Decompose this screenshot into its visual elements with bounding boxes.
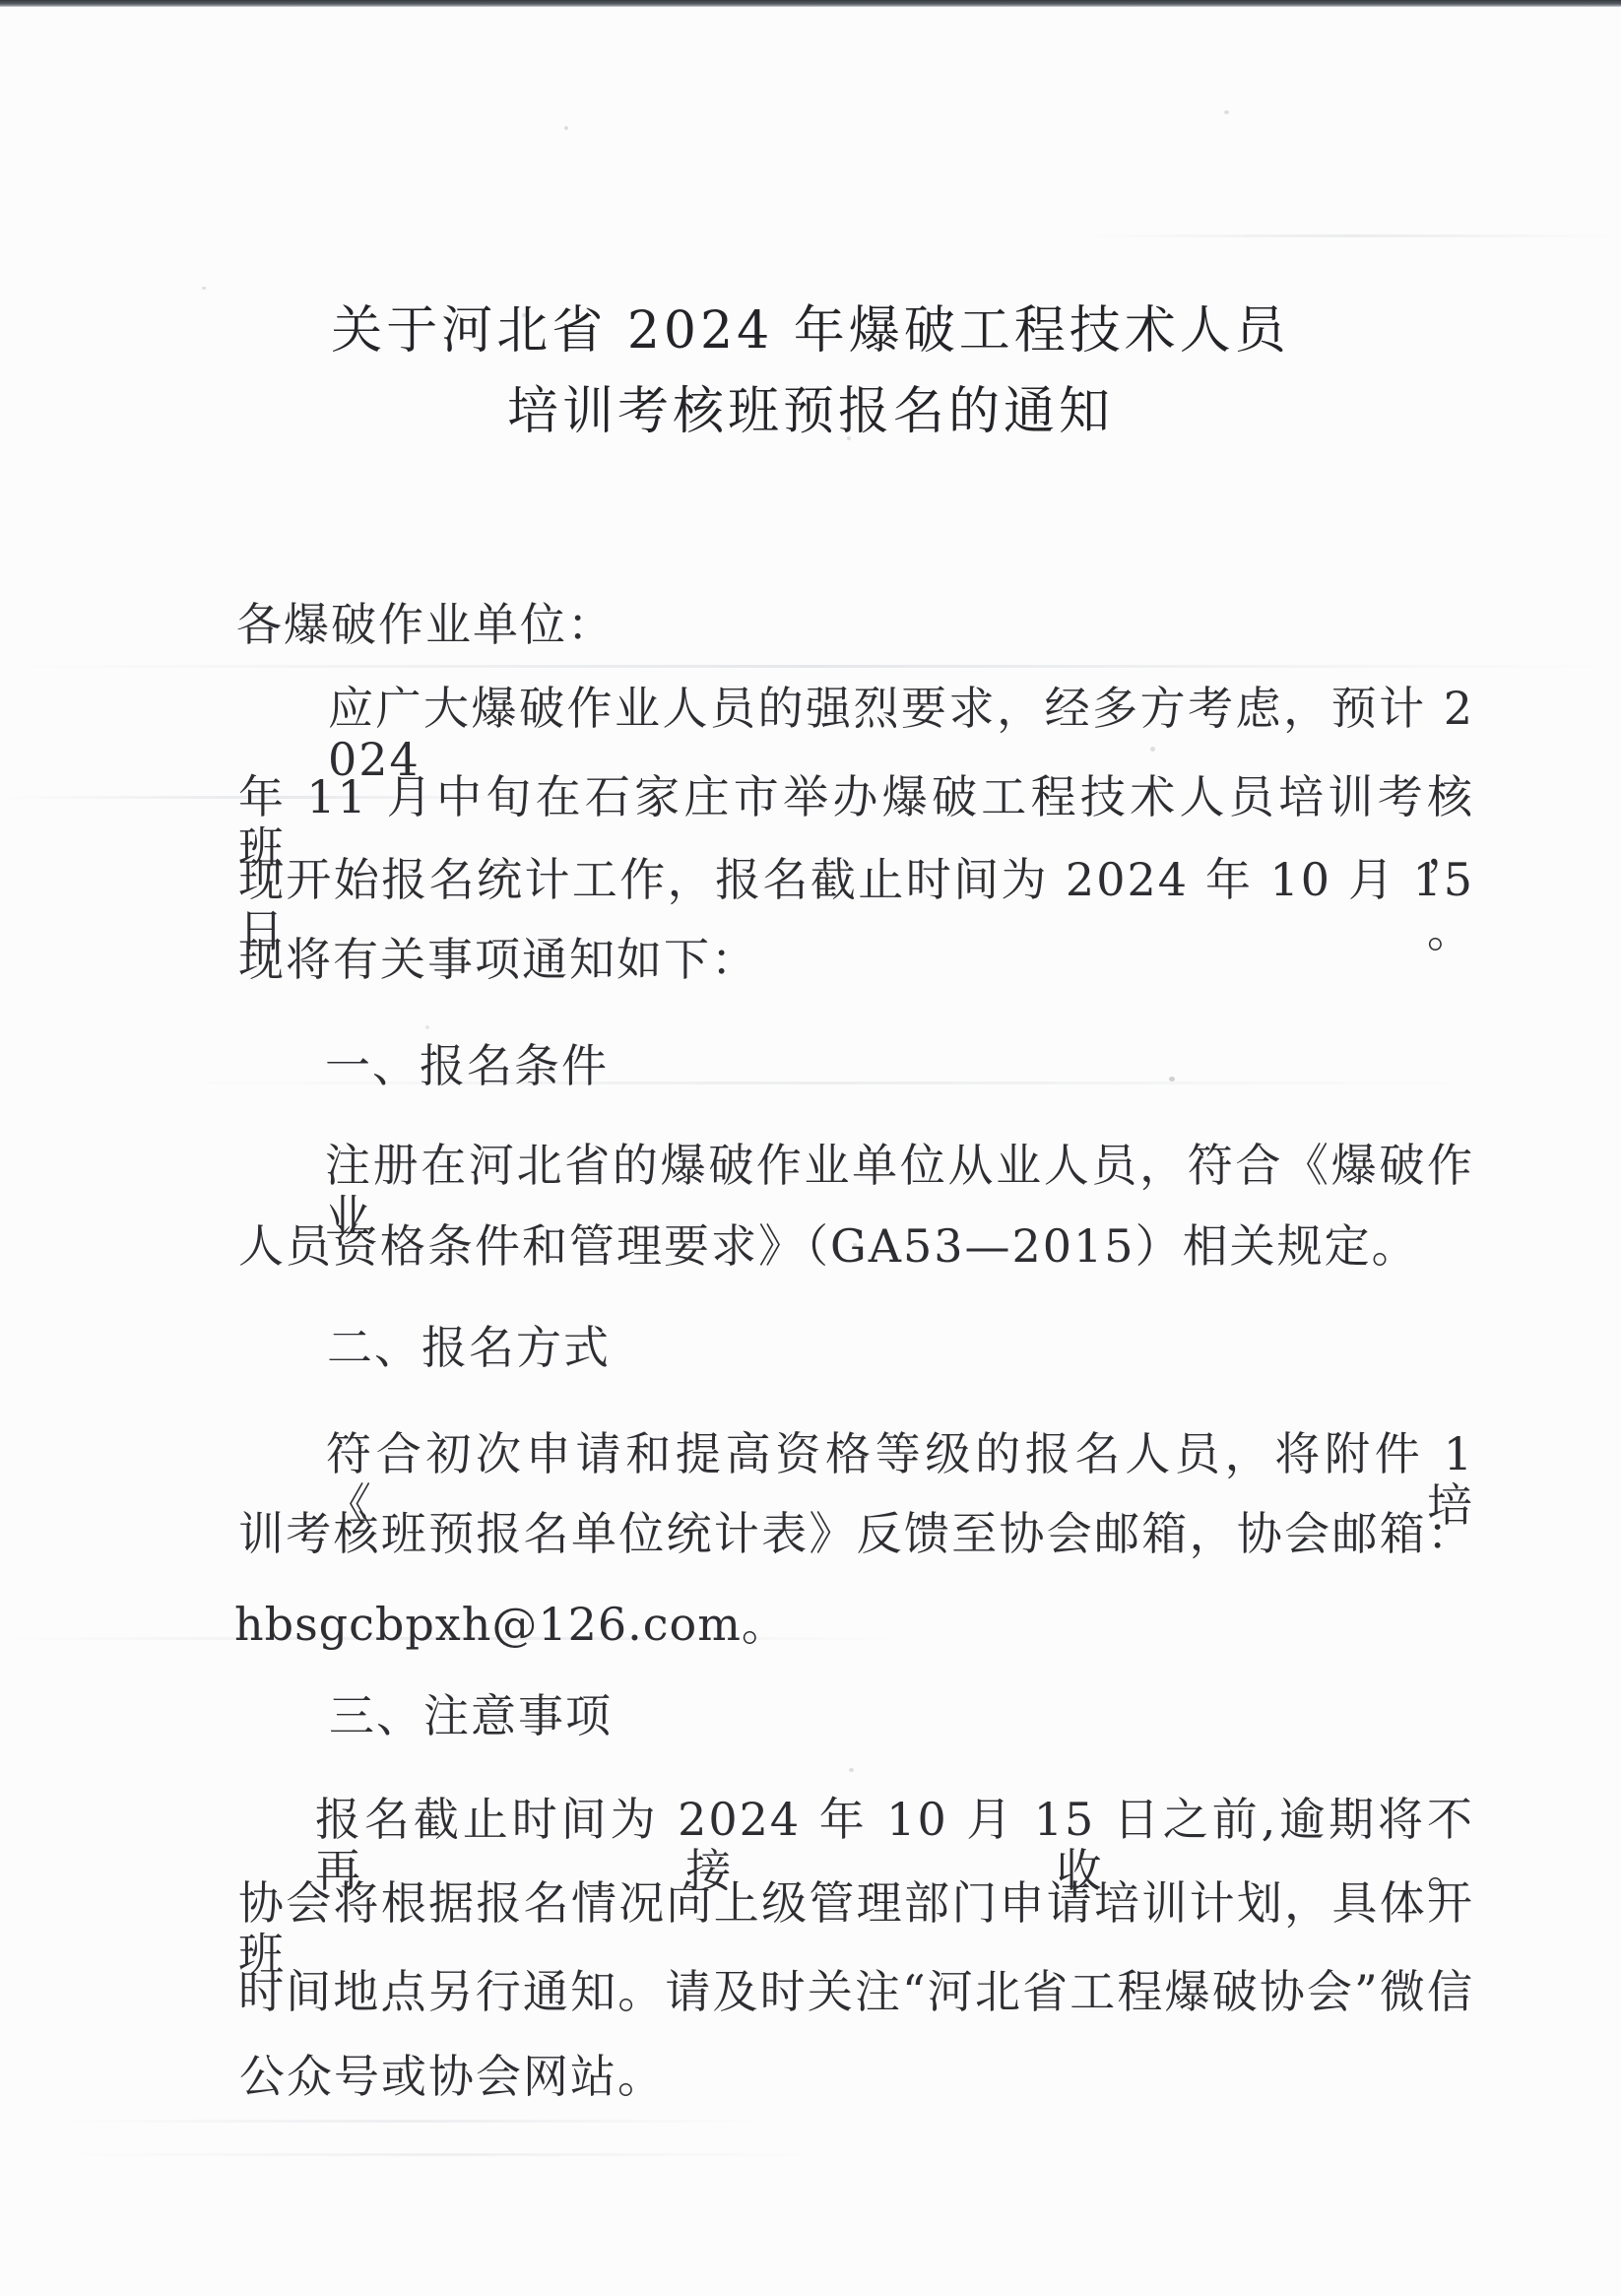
body-line: 现将有关事项通知如下：	[238, 934, 758, 985]
scan-streak-artifact	[1083, 234, 1621, 237]
scan-speck-artifact	[564, 126, 568, 130]
body-line: 人员资格条件和管理要求》（GA53—2015）相关规定。	[238, 1220, 1419, 1272]
scan-speck-artifact	[425, 1025, 429, 1029]
notice-title-line-2: 培训考核班预报名的通知	[13, 382, 1608, 441]
body-line: 公众号或协会网站。	[239, 2051, 665, 2102]
scan-streak-artifact	[0, 665, 1621, 668]
section-heading-3: 三、注意事项	[329, 1690, 613, 1741]
section-heading-1: 一、报名条件	[325, 1040, 609, 1091]
section-heading-2: 二、报名方式	[327, 1322, 611, 1373]
scan-streak-artifact	[59, 2153, 827, 2156]
scan-top-edge-artifact	[0, 0, 1621, 7]
scan-streak-artifact	[59, 2120, 768, 2123]
scan-speck-artifact	[1169, 1077, 1175, 1082]
scan-speck-artifact	[849, 1768, 854, 1772]
scan-speck-artifact	[202, 287, 206, 290]
scan-speck-artifact	[1224, 110, 1229, 114]
contact-email-line: hbsgcbpxh@126.com。	[234, 1599, 788, 1650]
notice-title-line-1: 关于河北省 2024 年爆破工程技术人员	[13, 301, 1608, 361]
body-line: 训考核班预报名单位统计表》反馈至协会邮箱，协会邮箱：	[238, 1508, 1474, 1559]
salutation-line: 各爆破作业单位：	[236, 599, 615, 650]
scanned-notice-page: 关于河北省 2024 年爆破工程技术人员 培训考核班预报名的通知 各爆破作业单位…	[0, 0, 1621, 2296]
body-line: 时间地点另行通知。请及时关注“河北省工程爆破协会”微信	[238, 1966, 1474, 2017]
